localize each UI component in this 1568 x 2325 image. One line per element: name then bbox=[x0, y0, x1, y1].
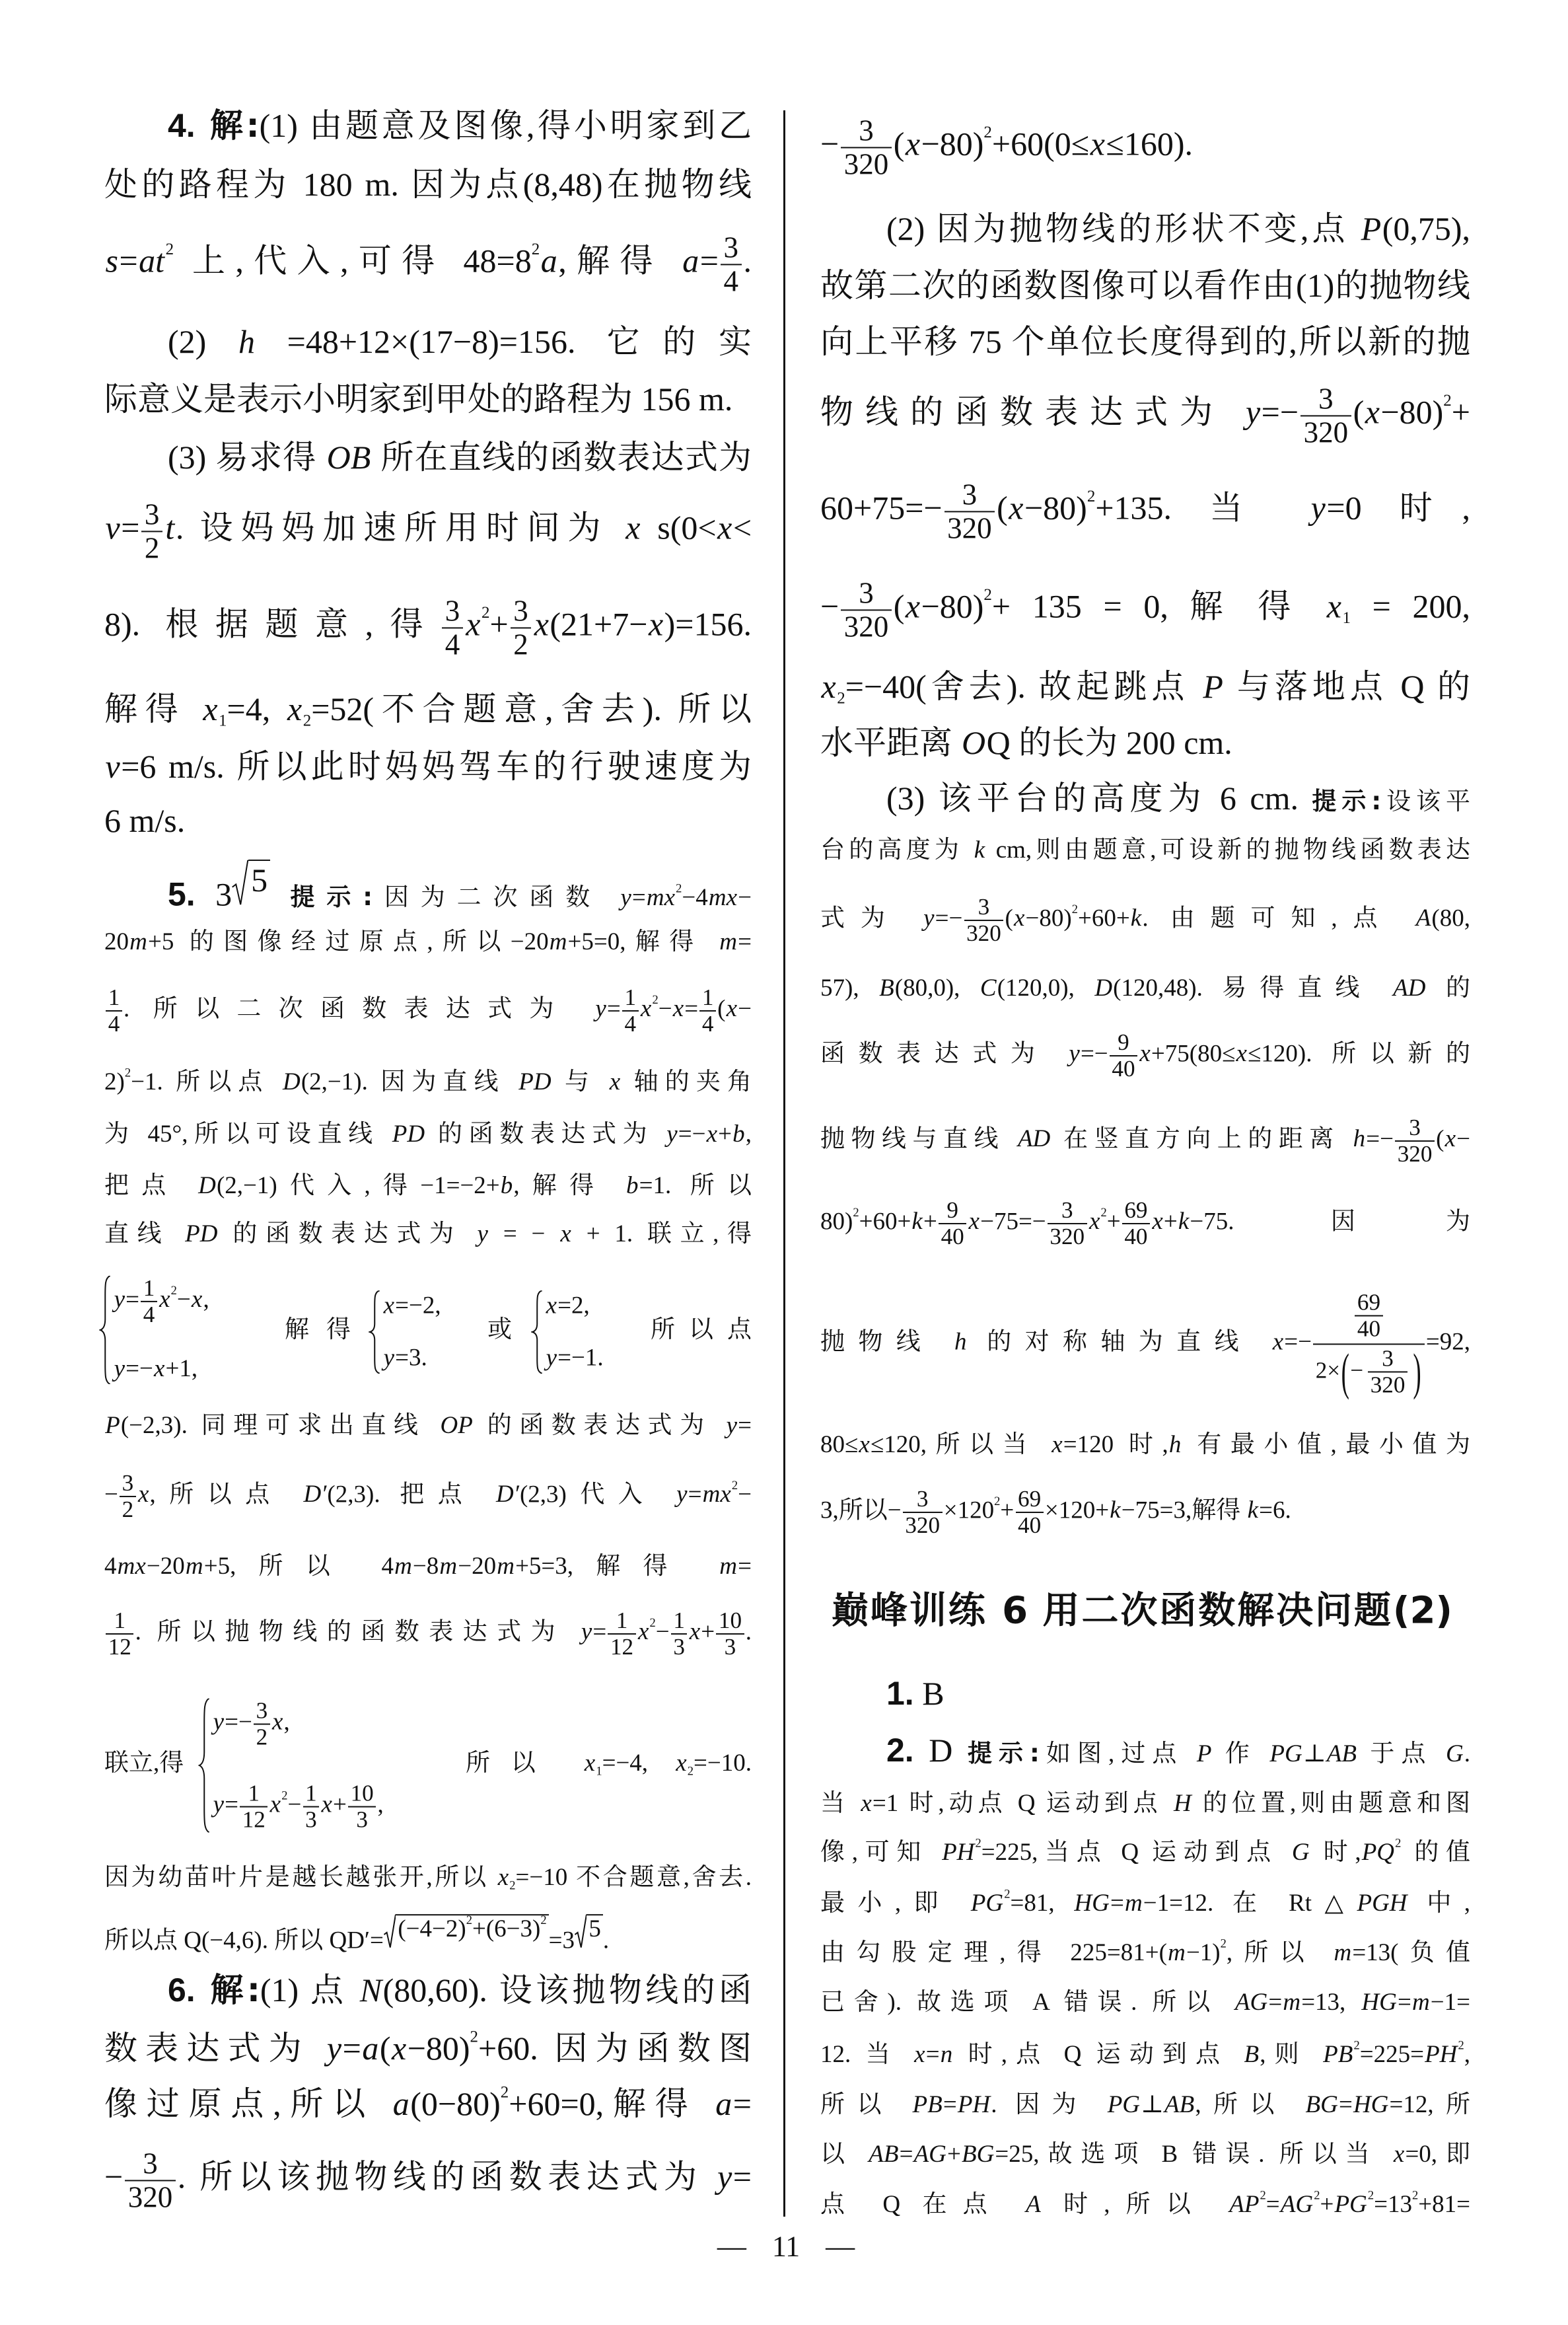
text-run: < bbox=[733, 509, 752, 546]
text-run: =81, bbox=[1010, 1890, 1073, 1917]
math-variable: PG bbox=[1107, 2091, 1141, 2118]
text-run: 320 bbox=[844, 147, 889, 180]
text-run: 4 bbox=[108, 1011, 120, 1037]
fraction-numerator: 3 bbox=[959, 478, 980, 511]
text-run: s(0< bbox=[641, 509, 717, 546]
text-run: 12 bbox=[242, 1806, 266, 1832]
text-run: 2 bbox=[513, 628, 528, 661]
text-run: 320 bbox=[1371, 1372, 1406, 1398]
text-line: 数表达式为 y=a(x−80)2+60. 因为函数图 bbox=[104, 2028, 752, 2069]
keyword-label: 解: bbox=[196, 1971, 260, 2009]
text-run: 3 bbox=[356, 1806, 368, 1832]
text-run: 的对称轴为直线 bbox=[968, 1328, 1272, 1355]
text-run: 的函数表达式为 bbox=[425, 1121, 666, 1148]
fraction-denominator: 4 bbox=[442, 627, 463, 661]
math-variable: AB bbox=[1326, 1740, 1357, 1767]
solve-label: 解 得 bbox=[285, 1315, 351, 1345]
text-run: −1) bbox=[1186, 1939, 1221, 1966]
fraction: 69402×(−3320) bbox=[1313, 1288, 1424, 1399]
text-run: 与 bbox=[552, 1068, 609, 1095]
text-run: 4 bbox=[445, 628, 460, 661]
math-variable: x bbox=[545, 1292, 557, 1319]
math-variable: x bbox=[725, 995, 738, 1022]
fraction: 3320 bbox=[1395, 1115, 1435, 1167]
fraction: 32 bbox=[511, 595, 532, 660]
text-run: ( bbox=[1436, 1125, 1444, 1152]
text-run: (80,60). 设该抛物线的函 bbox=[383, 1972, 752, 2009]
text-run: ≤160). bbox=[1106, 125, 1193, 162]
text-run: =3 bbox=[549, 1927, 575, 1954]
fraction: 3320 bbox=[1301, 383, 1351, 448]
math-variable: m bbox=[1167, 1939, 1186, 1966]
text-run: 320 bbox=[844, 610, 889, 643]
math-variable: b bbox=[500, 1172, 514, 1199]
text-run: =− bbox=[1366, 1125, 1394, 1152]
text-run: (0,75), bbox=[1382, 210, 1470, 247]
equation-row: y=−1. bbox=[545, 1343, 603, 1374]
math-variable: m bbox=[1333, 1939, 1352, 1966]
math-variable: m bbox=[719, 1553, 738, 1580]
fraction-numerator: 3 bbox=[254, 1699, 270, 1724]
equation-rows: x=2,y=−1. bbox=[544, 1290, 604, 1374]
text-run: (2,3). 把点 bbox=[327, 1481, 495, 1508]
text-run: 3 bbox=[978, 894, 990, 920]
math-variable: y bbox=[382, 1345, 395, 1372]
subscript: 2 bbox=[688, 1765, 694, 1778]
text-run: + 1. 联立,得 bbox=[572, 1220, 752, 1247]
equation-rows: y=14x2−x,y=−x+1, bbox=[112, 1276, 209, 1384]
fraction-numerator: 3 bbox=[511, 595, 532, 627]
text-run: 的函数表达式为 bbox=[219, 1220, 477, 1247]
text-run: 已舍). 故选项 A 错误. 所以 bbox=[820, 1989, 1234, 2016]
text-run: 80) bbox=[820, 1208, 853, 1235]
text-run: −75=− bbox=[980, 1208, 1046, 1235]
math-variable: x bbox=[1008, 489, 1024, 526]
math-variable: AG bbox=[913, 2141, 947, 2168]
text-run: 1 bbox=[702, 984, 714, 1010]
fraction-denominator: 320 bbox=[903, 1512, 943, 1538]
parenthesized-group: (−3320) bbox=[1340, 1345, 1422, 1400]
text-run: 12 bbox=[610, 1634, 633, 1660]
text-run: 320 bbox=[1398, 1141, 1433, 1167]
fraction-numerator: 69 bbox=[1355, 1290, 1382, 1315]
text-run: cm,则由题意,可设新的抛物线函数表达 bbox=[985, 836, 1470, 864]
text-line: (2) h =48+12×(17−8)=156. 它的实 bbox=[168, 321, 752, 363]
math-variable: k bbox=[1178, 1208, 1190, 1235]
text-run: 5 bbox=[588, 1915, 601, 1942]
text-run: 把点 bbox=[104, 1172, 197, 1199]
fraction-numerator: 3 bbox=[120, 1471, 136, 1496]
text-run: (2,−1)代入,得−1=−2+ bbox=[217, 1172, 500, 1199]
text-run: (21+7− bbox=[550, 605, 647, 642]
math-variable: AD bbox=[1392, 975, 1427, 1002]
text-line: v=32t. 设妈妈加速所用时间为 x s(0<x< bbox=[104, 498, 752, 564]
text-run: . 设妈妈加速所用时间为 bbox=[176, 509, 625, 546]
text-run bbox=[270, 875, 290, 912]
math-variable: x bbox=[1139, 1040, 1151, 1067]
text-run: . 由题可知,点 bbox=[1142, 904, 1415, 932]
text-run: 故第二次的函数图像可以看作由(1)的抛物线 bbox=[820, 267, 1470, 304]
math-variable: y bbox=[476, 1220, 489, 1247]
text-run: 1 bbox=[305, 1781, 317, 1806]
superscript: 2 bbox=[650, 1617, 656, 1630]
equation-row: y=3. bbox=[382, 1343, 441, 1374]
text-run: 为 45°,所以可设直线 bbox=[104, 1121, 392, 1148]
left-brace-icon bbox=[198, 1699, 211, 1833]
math-variable: AG bbox=[1234, 1989, 1269, 2016]
math-variable: v bbox=[104, 748, 121, 785]
radical-sign-icon bbox=[575, 1914, 587, 1948]
fraction-numerator: 3 bbox=[856, 114, 877, 147]
text-run: + bbox=[947, 2141, 961, 2168]
fraction-denominator: 4 bbox=[699, 1010, 716, 1037]
text-run: 57), bbox=[820, 975, 878, 1002]
text-run: = bbox=[343, 2030, 361, 2067]
math-variable: m bbox=[129, 928, 148, 955]
superscript: 2 bbox=[470, 2028, 479, 2046]
text-run: −1=12. 在 Rt△ bbox=[1143, 1890, 1357, 1917]
math-variable: x bbox=[820, 668, 837, 705]
fraction-numerator: 1 bbox=[106, 985, 122, 1010]
math-variable: m bbox=[1411, 1989, 1431, 2016]
math-variable: h bbox=[1353, 1125, 1367, 1152]
text-run: =48+12×(17−8)=156. 它的实 bbox=[256, 323, 752, 360]
math-variable: PG bbox=[1334, 2191, 1368, 2218]
text-run: ,所以点 bbox=[150, 1481, 303, 1508]
fraction-denominator: 40 bbox=[939, 1223, 966, 1249]
equation-system: y=14x2−x,y=−x+1, bbox=[99, 1276, 209, 1384]
text-run: 际意义是表示小明家到甲处的路程为 156 m. bbox=[104, 381, 732, 418]
text-run: = bbox=[943, 2091, 957, 2118]
text-run: = bbox=[1398, 1989, 1411, 2016]
text-run: +60. 因为函数图 bbox=[478, 2030, 752, 2067]
text-run: =2, bbox=[557, 1292, 590, 1319]
text-run: 1 bbox=[248, 1781, 260, 1806]
math-variable: x bbox=[1272, 1328, 1285, 1355]
text-run: 8). 根据题意,得 bbox=[104, 605, 440, 642]
text-run: 40 bbox=[1018, 1512, 1041, 1538]
text-line: 1. B bbox=[886, 1673, 1470, 1715]
text-run: − bbox=[820, 125, 839, 162]
text-run: =1. 所以 bbox=[639, 1172, 752, 1199]
math-variable: x bbox=[191, 1286, 203, 1313]
text-run: 4 bbox=[143, 1302, 155, 1327]
text-run: ( bbox=[894, 125, 905, 162]
text-line: 为 45°,所以可设直线 PD 的函数表达式为 y=−x+b, bbox=[104, 1119, 752, 1150]
text-line: 抛物线 h 的对称轴为直线 x=−69402×(−3320)=92, bbox=[820, 1288, 1470, 1399]
text-line: 4mx−20m+5,所以 4m−8m−20m+5=3,解得 m= bbox=[104, 1551, 752, 1582]
text-run: 像过原点,所以 bbox=[104, 2085, 392, 2122]
text-run: = bbox=[700, 242, 719, 279]
text-run: = bbox=[733, 2085, 752, 2122]
fraction: 3320 bbox=[841, 577, 892, 642]
fraction-numerator: 1 bbox=[614, 1608, 630, 1633]
text-line: 点 Q 在点 A 时,所以 AP2=AG2+PG2=132+81= bbox=[820, 2190, 1470, 2220]
text-line: 20m+5 的图像经过原点,所以−20m+5=0,解得 m= bbox=[104, 927, 752, 957]
text-line: 向上平移 75 个单位长度得到的,所以新的抛 bbox=[820, 321, 1470, 363]
math-variable: x bbox=[717, 509, 733, 546]
radicand: (−4−2)2+(6−3)2 bbox=[396, 1914, 548, 1948]
fraction-denominator: 2×(−3320) bbox=[1313, 1343, 1424, 1400]
fraction: 3320 bbox=[964, 895, 1004, 946]
math-variable: x bbox=[640, 995, 653, 1022]
text-line: 6 m/s. bbox=[104, 800, 752, 842]
fraction-numerator: 10 bbox=[348, 1781, 376, 1806]
text-run: −80) bbox=[1026, 904, 1072, 932]
math-variable: a bbox=[361, 2030, 380, 2067]
text-run: = bbox=[121, 509, 139, 546]
math-variable: y bbox=[1310, 489, 1326, 526]
text-run: = bbox=[1266, 2191, 1280, 2218]
math-variable: PD bbox=[518, 1068, 552, 1095]
radicand: 5 bbox=[587, 1914, 602, 1948]
text-run: = bbox=[119, 242, 137, 279]
text-run: 3 bbox=[1382, 1346, 1394, 1372]
text-run: −8 bbox=[413, 1553, 439, 1580]
math-variable: PH bbox=[1424, 2041, 1458, 2068]
text-line: 台的高度为 k cm,则由题意,可设新的抛物线函数表达 bbox=[820, 835, 1470, 866]
math-variable: AB bbox=[1164, 2091, 1195, 2118]
text-run: +135. 当 bbox=[1095, 489, 1310, 526]
text-run: −75. 因为 bbox=[1190, 1208, 1470, 1235]
text-run: 点 Q 在点 bbox=[820, 2191, 1025, 2218]
text-line: 抛物线与直线 AD 在竖直方向上的距离 h=−3320(x− bbox=[820, 1115, 1470, 1167]
text-run: 最小,即 bbox=[820, 1890, 970, 1917]
math-variable: x bbox=[647, 605, 664, 642]
left-brace-icon bbox=[99, 1276, 112, 1384]
text-run: 4 bbox=[104, 1553, 117, 1580]
text-run: 时, bbox=[1310, 1839, 1361, 1866]
fraction-denominator: 2 bbox=[511, 627, 532, 661]
text-run: =− bbox=[1081, 1040, 1108, 1067]
math-variable: PD bbox=[184, 1220, 219, 1247]
text-run: −75=3,解得 bbox=[1122, 1496, 1247, 1524]
text-run: =−40(舍去). 故起跳点 bbox=[845, 668, 1202, 705]
text-run: , bbox=[377, 1791, 383, 1818]
text-run: +5,所以 4 bbox=[204, 1553, 394, 1580]
fraction: 32 bbox=[141, 498, 162, 564]
item-number: 5. bbox=[168, 875, 196, 912]
equation-system: y=−32x,y=112x2−13x+103, bbox=[198, 1699, 384, 1833]
fraction-denominator: 320 bbox=[1048, 1223, 1087, 1249]
fraction-numerator: 1 bbox=[699, 985, 716, 1010]
superscript: 2 bbox=[652, 994, 658, 1007]
math-variable: PG bbox=[970, 1890, 1005, 1917]
math-variable: N bbox=[359, 1972, 382, 2009]
text-line: −3320. 所以该抛物线的函数表达式为 y= bbox=[104, 2147, 752, 2213]
text-run: 1 bbox=[616, 1607, 628, 1633]
text-run: =6. bbox=[1259, 1496, 1291, 1524]
equation-system: y=14x2−x,y=−x+1, bbox=[99, 1276, 209, 1384]
math-variable: a bbox=[715, 2085, 733, 2122]
text-run: 12. 当 bbox=[820, 2041, 913, 2068]
equation-rows: x=−2,y=3. bbox=[381, 1290, 441, 1374]
superscript: 2 bbox=[1412, 2189, 1418, 2202]
text-run: 抛物线与直线 bbox=[820, 1125, 1017, 1152]
text-run: 3 bbox=[859, 576, 874, 609]
text-run: + bbox=[1452, 393, 1470, 430]
math-variable: BG bbox=[961, 2141, 995, 2168]
text-run: +60=0,解得 bbox=[509, 2085, 715, 2122]
text-run: =−10. bbox=[694, 1750, 752, 1777]
text-run: 有最小值,最小值为 bbox=[1182, 1431, 1470, 1458]
text-run: , bbox=[203, 1286, 209, 1313]
text-run: + bbox=[718, 1121, 732, 1148]
text-line: 所以点 Q(−4,6). 所以 QD′=(−4−2)2+(6−3)2=35. bbox=[104, 1914, 752, 1956]
text-run: . 所以抛物线的函数表达式为 bbox=[135, 1618, 581, 1645]
text-run: . bbox=[746, 1618, 752, 1645]
math-variable: x bbox=[137, 1481, 150, 1508]
text-line: 2. D 提示:如图,过点 P 作 PG⊥AB 于点 G. bbox=[886, 1730, 1470, 1771]
math-variable: PH bbox=[941, 1839, 976, 1866]
text-run: , bbox=[284, 1709, 290, 1736]
text-run: 9 bbox=[1118, 1029, 1129, 1055]
math-variable: x bbox=[159, 1286, 171, 1313]
hint-text: 提示:因为二次函数 y=mx2−4mx− bbox=[290, 884, 752, 911]
fraction: 3320 bbox=[944, 478, 995, 544]
math-variable: x bbox=[913, 2041, 926, 2068]
text-run: 3 bbox=[724, 231, 739, 264]
text-run: −1= bbox=[1431, 1989, 1470, 2016]
page: 4. 解:(1) 由题意及图像,得小明家到乙 处的路程为 180 m. 因为点(… bbox=[0, 0, 1568, 2325]
text-line: 已舍). 故选项 A 错误. 所以 AG=m=13, HG=m−1= bbox=[820, 1987, 1470, 2018]
text-run: 所以 bbox=[820, 2091, 911, 2118]
math-variable: s bbox=[104, 242, 119, 279]
equation-row: y=14x2−x, bbox=[113, 1276, 209, 1327]
equation-row: x=−2, bbox=[382, 1290, 441, 1321]
math-variable: OP bbox=[439, 1412, 474, 1439]
text-line: 因为幼苗叶片是越长越张开,所以 x2=−10 不合题意,舍去. bbox=[104, 1863, 752, 1893]
text-line: 以 AB=AG+BG=25,故选项 B 错误. 所以当 x=0,即 bbox=[820, 2139, 1470, 2170]
equation-row: y=−x+1, bbox=[113, 1354, 209, 1384]
math-variable: y bbox=[113, 1286, 125, 1313]
square-root: (−4−2)2+(6−3)2 bbox=[384, 1914, 549, 1948]
text-run: =3. bbox=[395, 1345, 427, 1372]
math-variable: x bbox=[1089, 125, 1106, 162]
text-run: −20 bbox=[147, 1553, 185, 1580]
fraction: 34 bbox=[442, 595, 463, 660]
text-run: . bbox=[603, 1927, 609, 1954]
text-run: 1 bbox=[114, 1607, 126, 1633]
text-line: 式为 y=−3320(x−80)2+60+k. 由题可知,点 A(80, bbox=[820, 895, 1470, 946]
math-variable: x bbox=[271, 1709, 284, 1736]
text-run: ( bbox=[997, 489, 1008, 526]
text-run: 解得 bbox=[104, 690, 202, 727]
text-line: 60+75=−3320(x−80)2+135. 当 y=0 时, bbox=[820, 478, 1470, 544]
text-run: 数表达式为 bbox=[104, 2030, 326, 2067]
superscript: 2 bbox=[532, 240, 540, 258]
text-line: (2) 因为抛物线的形状不变,点 P(0,75), bbox=[886, 208, 1470, 250]
text-run: =− bbox=[225, 1709, 252, 1736]
equation-row: y=112x2−13x+103, bbox=[212, 1781, 383, 1833]
lead-label: 联立,得 bbox=[104, 1748, 184, 1779]
math-variable: x bbox=[1051, 1431, 1063, 1458]
fraction-denominator: 3 bbox=[716, 1633, 744, 1660]
text-run: = bbox=[607, 995, 621, 1022]
math-variable: P bbox=[1360, 210, 1382, 247]
math-variable: x bbox=[1013, 904, 1026, 932]
fraction-denominator: 320 bbox=[1301, 415, 1351, 449]
superscript: 2 bbox=[125, 1066, 131, 1080]
fraction-denominator: 4 bbox=[106, 1010, 122, 1037]
text-run: . bbox=[744, 242, 752, 279]
text-run: = bbox=[125, 1286, 139, 1313]
math-variable: y bbox=[620, 884, 632, 911]
solution-system: x=2,y=−1. bbox=[531, 1290, 604, 1374]
text-line: 处的路程为 180 m. 因为点(8,48)在抛物线 bbox=[104, 164, 752, 205]
text-run: ⊥ bbox=[1141, 2091, 1164, 2118]
math-variable: k bbox=[1246, 1496, 1259, 1524]
text-run: ,所以 bbox=[1195, 2091, 1304, 2118]
text-run: 当 bbox=[820, 1790, 860, 1817]
right-paren: ) bbox=[1412, 1345, 1422, 1400]
text-line: 把点 D(2,−1)代入,得−1=−2+b,解得 b=1. 所以 bbox=[104, 1171, 752, 1201]
text-run: = bbox=[1110, 1890, 1124, 1917]
text-run: − bbox=[738, 995, 752, 1022]
fraction-denominator: 12 bbox=[608, 1633, 635, 1660]
text-run: 3,所以− bbox=[820, 1496, 902, 1524]
text-run: 向上平移 75 个单位长度得到的,所以新的抛 bbox=[820, 323, 1470, 360]
fraction-numerator: 1 bbox=[622, 985, 639, 1010]
fraction: 14 bbox=[106, 985, 122, 1037]
text-run: 320 bbox=[947, 511, 992, 544]
superscript: 2 bbox=[171, 1284, 177, 1298]
math-variable: x bbox=[559, 1220, 572, 1247]
fraction: 112 bbox=[608, 1608, 635, 1660]
math-variable: y bbox=[326, 2030, 342, 2067]
math-variable: y bbox=[1244, 393, 1261, 430]
text-line: P(−2,3). 同理可求出直线 OP 的函数表达式为 y= bbox=[104, 1411, 752, 1441]
hint-text: 提示:设该平 bbox=[1312, 788, 1470, 815]
math-variable: y bbox=[717, 2158, 733, 2195]
math-variable: n bbox=[940, 2041, 954, 2068]
fraction-numerator: 1 bbox=[671, 1608, 688, 1633]
text-run: (80, bbox=[1431, 904, 1470, 932]
text-run: =0 时, bbox=[1326, 489, 1470, 526]
math-variable: k bbox=[1109, 1496, 1122, 1524]
text-line: 所 以 点 bbox=[651, 1315, 752, 1345]
math-variable: PD bbox=[392, 1121, 426, 1148]
math-variable: mx bbox=[117, 1553, 147, 1580]
text-run: 中, bbox=[1408, 1890, 1470, 1917]
text-run: − bbox=[738, 1481, 752, 1508]
text-run: + bbox=[1164, 1208, 1178, 1235]
math-variable: x bbox=[675, 1750, 688, 1777]
text-run: =225= bbox=[1360, 2041, 1424, 2068]
math-variable: PB bbox=[1322, 2041, 1353, 2068]
text-run: + bbox=[489, 605, 508, 642]
equation-system: x=−2,y=3. bbox=[369, 1290, 441, 1374]
fraction-denominator: 3 bbox=[303, 1806, 320, 1832]
text-run: 由勾股定理,得 225=81+( bbox=[820, 1939, 1167, 1966]
superscript: 2 bbox=[676, 883, 682, 896]
superscript: 2 bbox=[1368, 2189, 1374, 2202]
text-run: 2× bbox=[1316, 1357, 1340, 1383]
text-run: −80) bbox=[921, 587, 984, 624]
text-run: (2,−1). 因为直线 bbox=[301, 1068, 518, 1095]
math-variable: x bbox=[320, 1791, 333, 1818]
text-run: = 200, bbox=[1351, 587, 1470, 624]
text-line: v=6 m/s. 所以此时妈妈驾车的行驶速度为 bbox=[104, 746, 752, 788]
text-run: +5 的图像经过原点,所以−20 bbox=[148, 928, 549, 955]
text-run: 轴的夹角 bbox=[621, 1068, 752, 1095]
math-variable: y bbox=[113, 1355, 125, 1382]
text-line: 像,可知 PH2=225,当点 Q 运动到点 G 时,PQ2 的值 bbox=[820, 1837, 1470, 1868]
text-run: 时,点 Q 运动到点 bbox=[953, 2041, 1243, 2068]
subscript: 2 bbox=[837, 690, 845, 708]
math-variable: AB bbox=[868, 2141, 899, 2168]
text-run: =12,所 bbox=[1390, 2091, 1471, 2118]
